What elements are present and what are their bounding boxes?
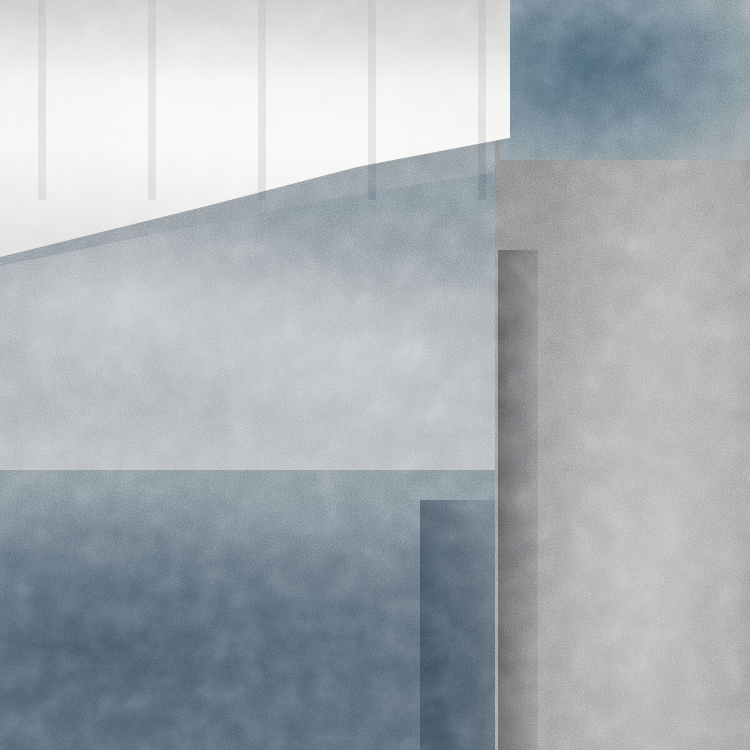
carpet-texture-photo	[0, 0, 750, 750]
mottle-noise-overlay	[0, 0, 750, 750]
